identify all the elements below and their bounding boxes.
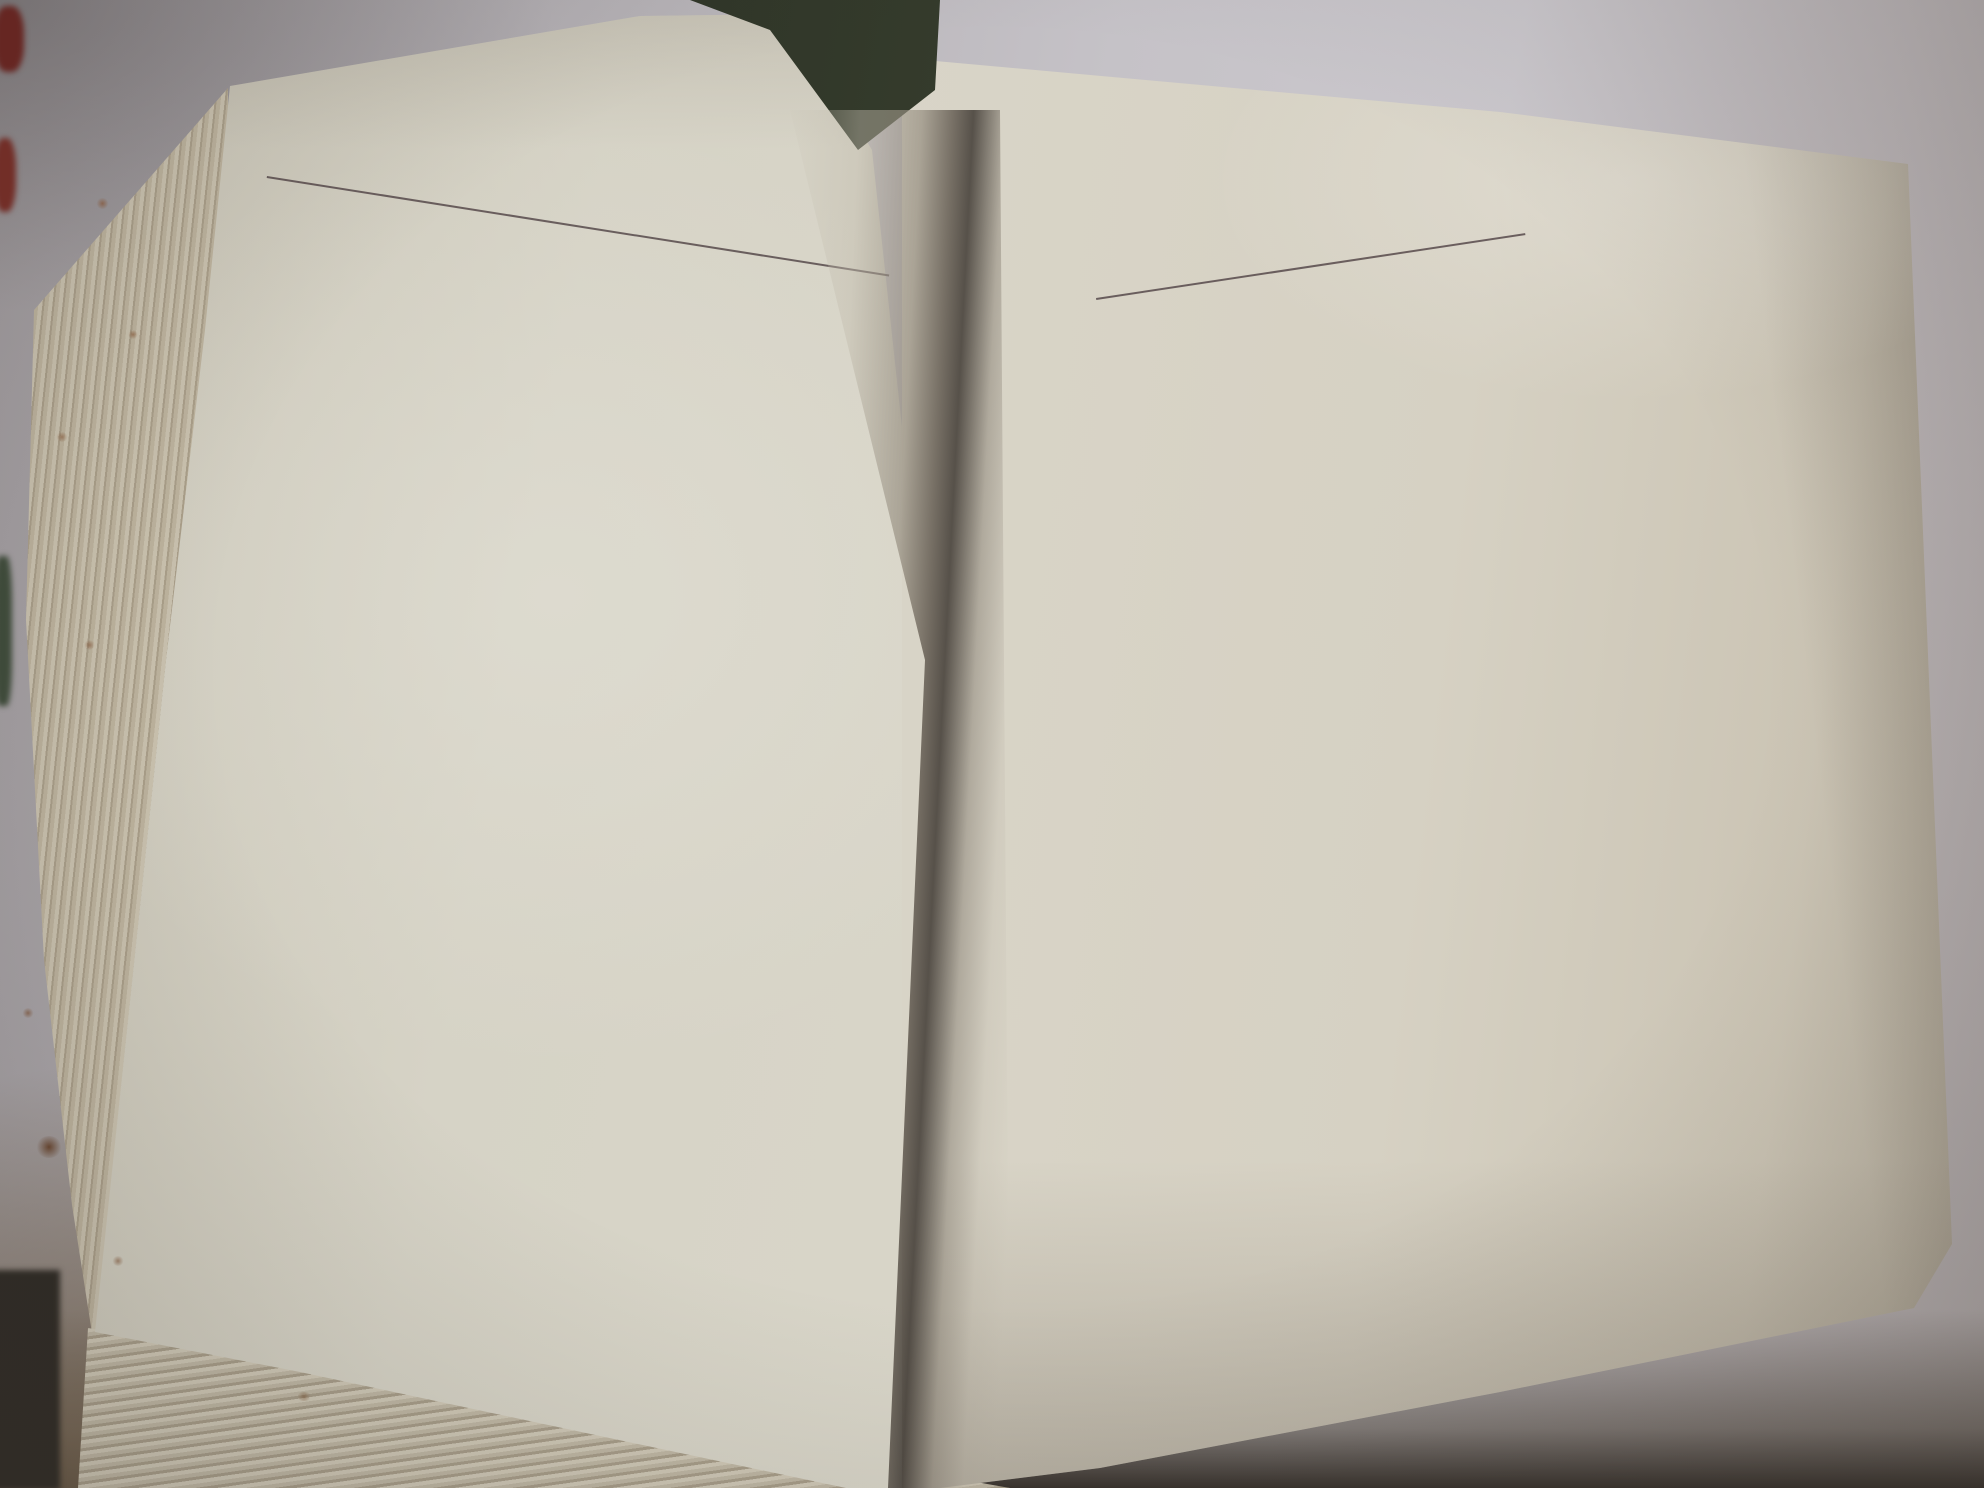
- foxing-spot: [22, 1008, 34, 1018]
- cover-edge-mark: [0, 1270, 60, 1488]
- open-book-photo: [0, 0, 1984, 1488]
- cover-edge-mark: [0, 556, 12, 706]
- cover-edge-mark: [0, 6, 24, 72]
- cover-edge-mark: [0, 138, 16, 212]
- foxing-spot: [96, 198, 109, 209]
- foxing-spot: [36, 1136, 62, 1158]
